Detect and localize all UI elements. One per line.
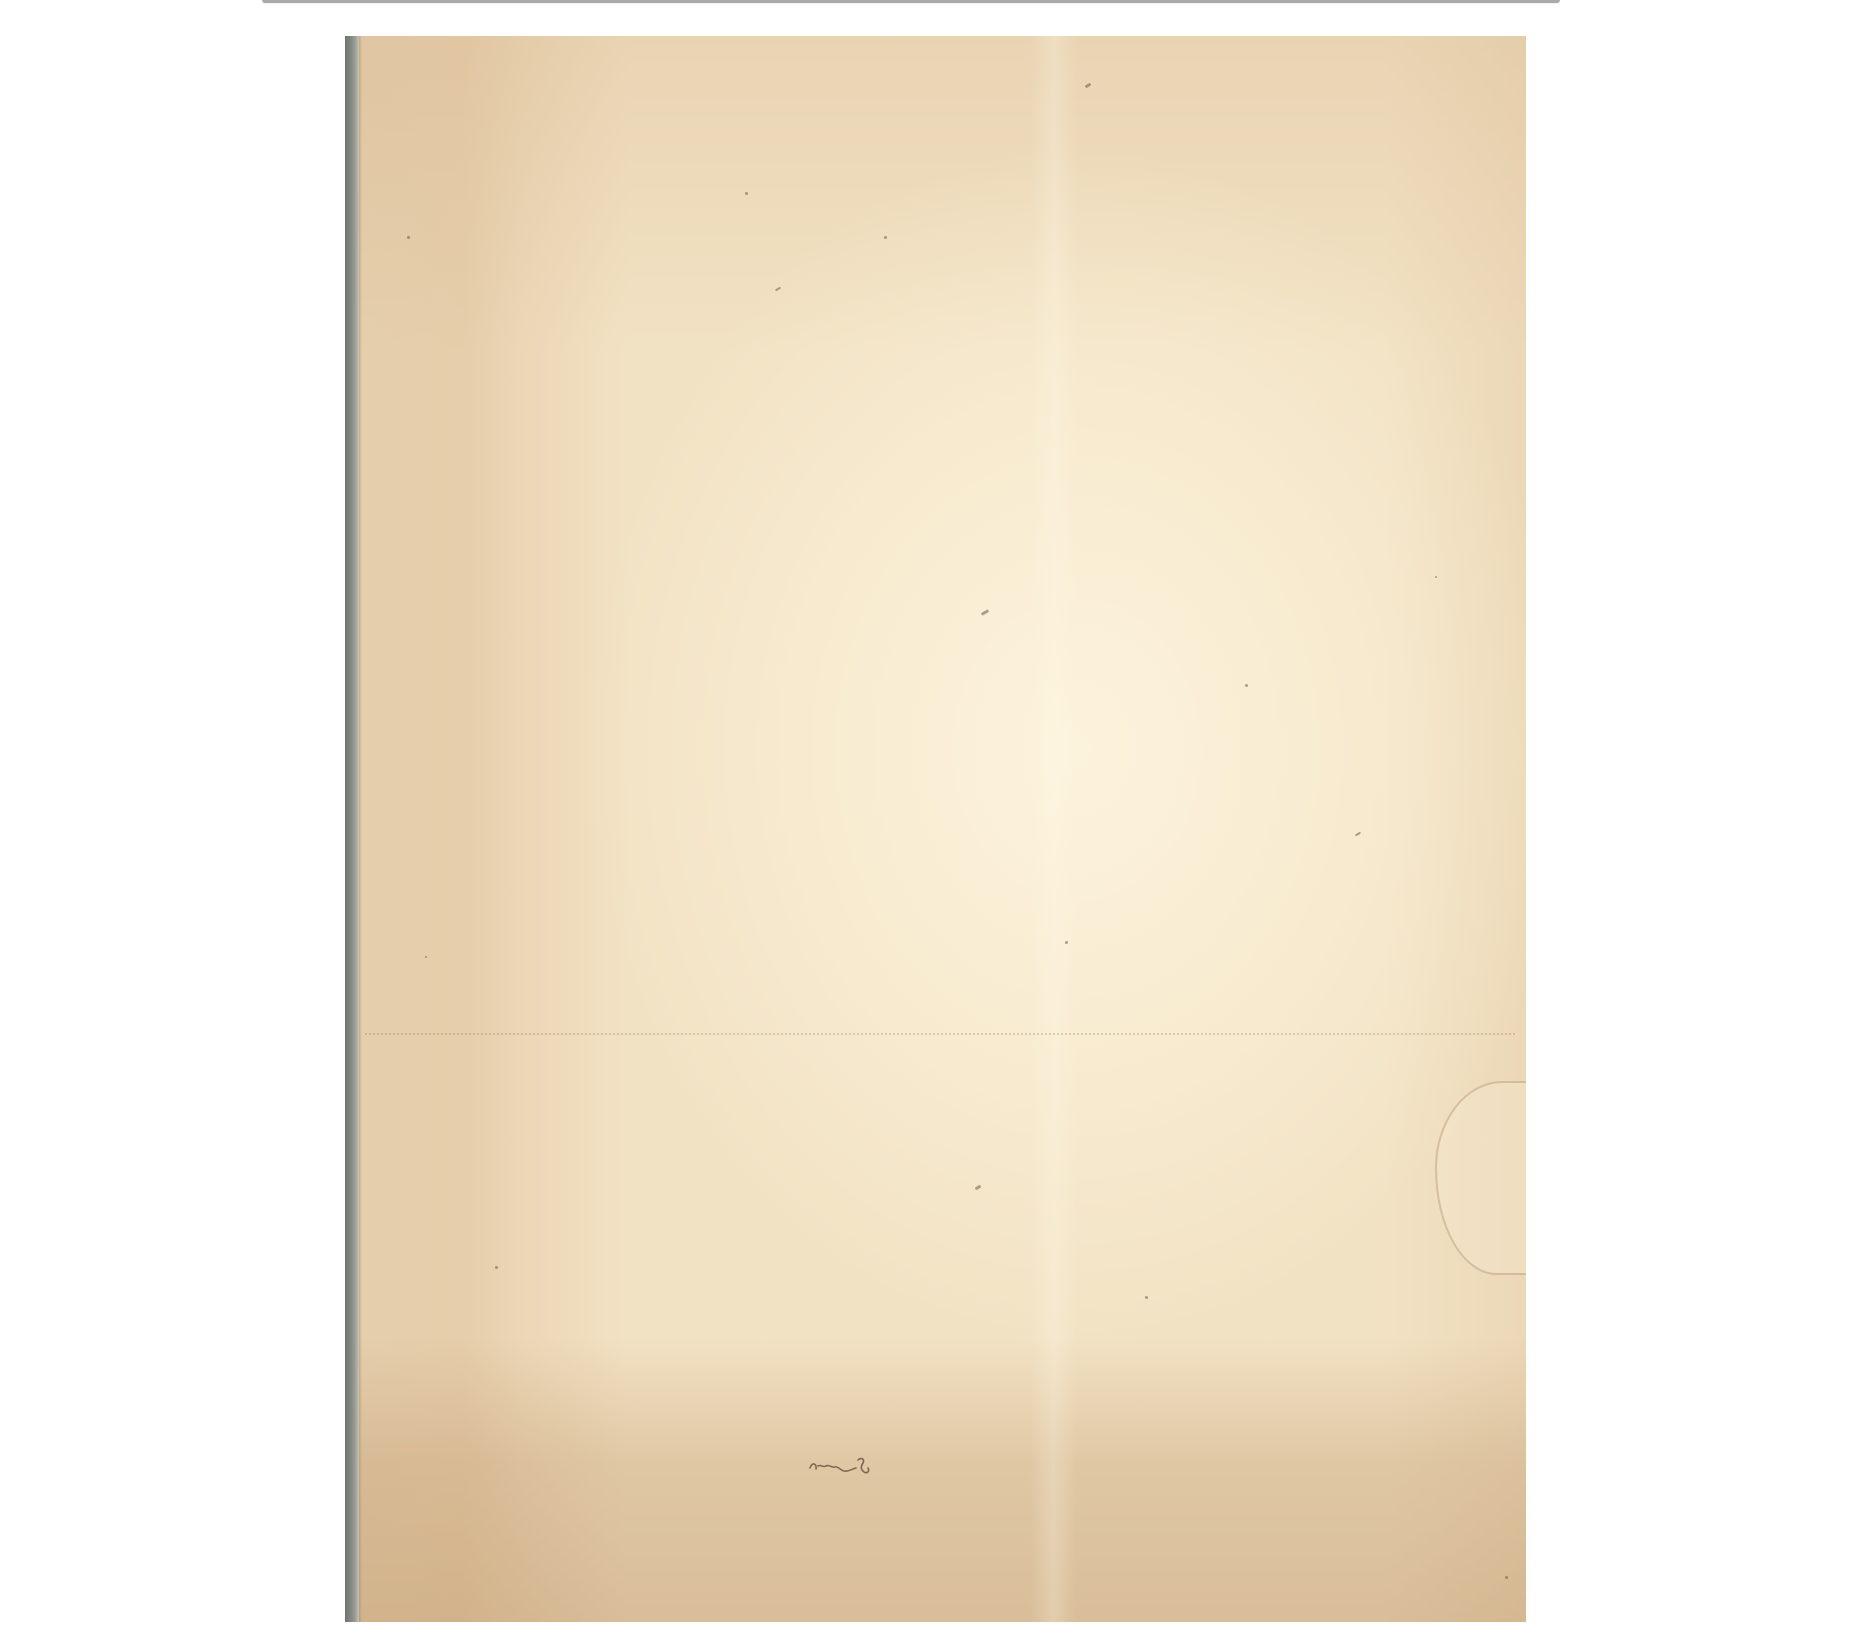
- show-through-line: [365, 1033, 1515, 1035]
- water-stain: [1435, 1081, 1526, 1275]
- paper-speck: [1435, 576, 1437, 578]
- paper-speck: [425, 956, 427, 958]
- paper-speck: [981, 609, 989, 616]
- paper-speck: [495, 1266, 498, 1269]
- ink-scribble-mark: [808, 1454, 880, 1480]
- paper-speck: [1085, 83, 1092, 89]
- paper-speck: [1245, 684, 1248, 687]
- paper-texture-highlight: [345, 36, 1526, 1622]
- page-binding-edge: [345, 36, 359, 1622]
- paper-speck: [1505, 1576, 1508, 1579]
- paper-speck: [407, 236, 410, 239]
- document-page: [345, 36, 1526, 1622]
- paper-speck: [775, 287, 781, 292]
- paper-speck: [1355, 832, 1361, 837]
- paper-speck: [745, 192, 748, 195]
- paper-speck: [884, 236, 887, 239]
- paper-speck: [1145, 1296, 1148, 1299]
- viewer-top-divider: [262, 0, 1560, 3]
- paper-speck: [975, 1185, 982, 1191]
- paper-speck: [1065, 941, 1068, 944]
